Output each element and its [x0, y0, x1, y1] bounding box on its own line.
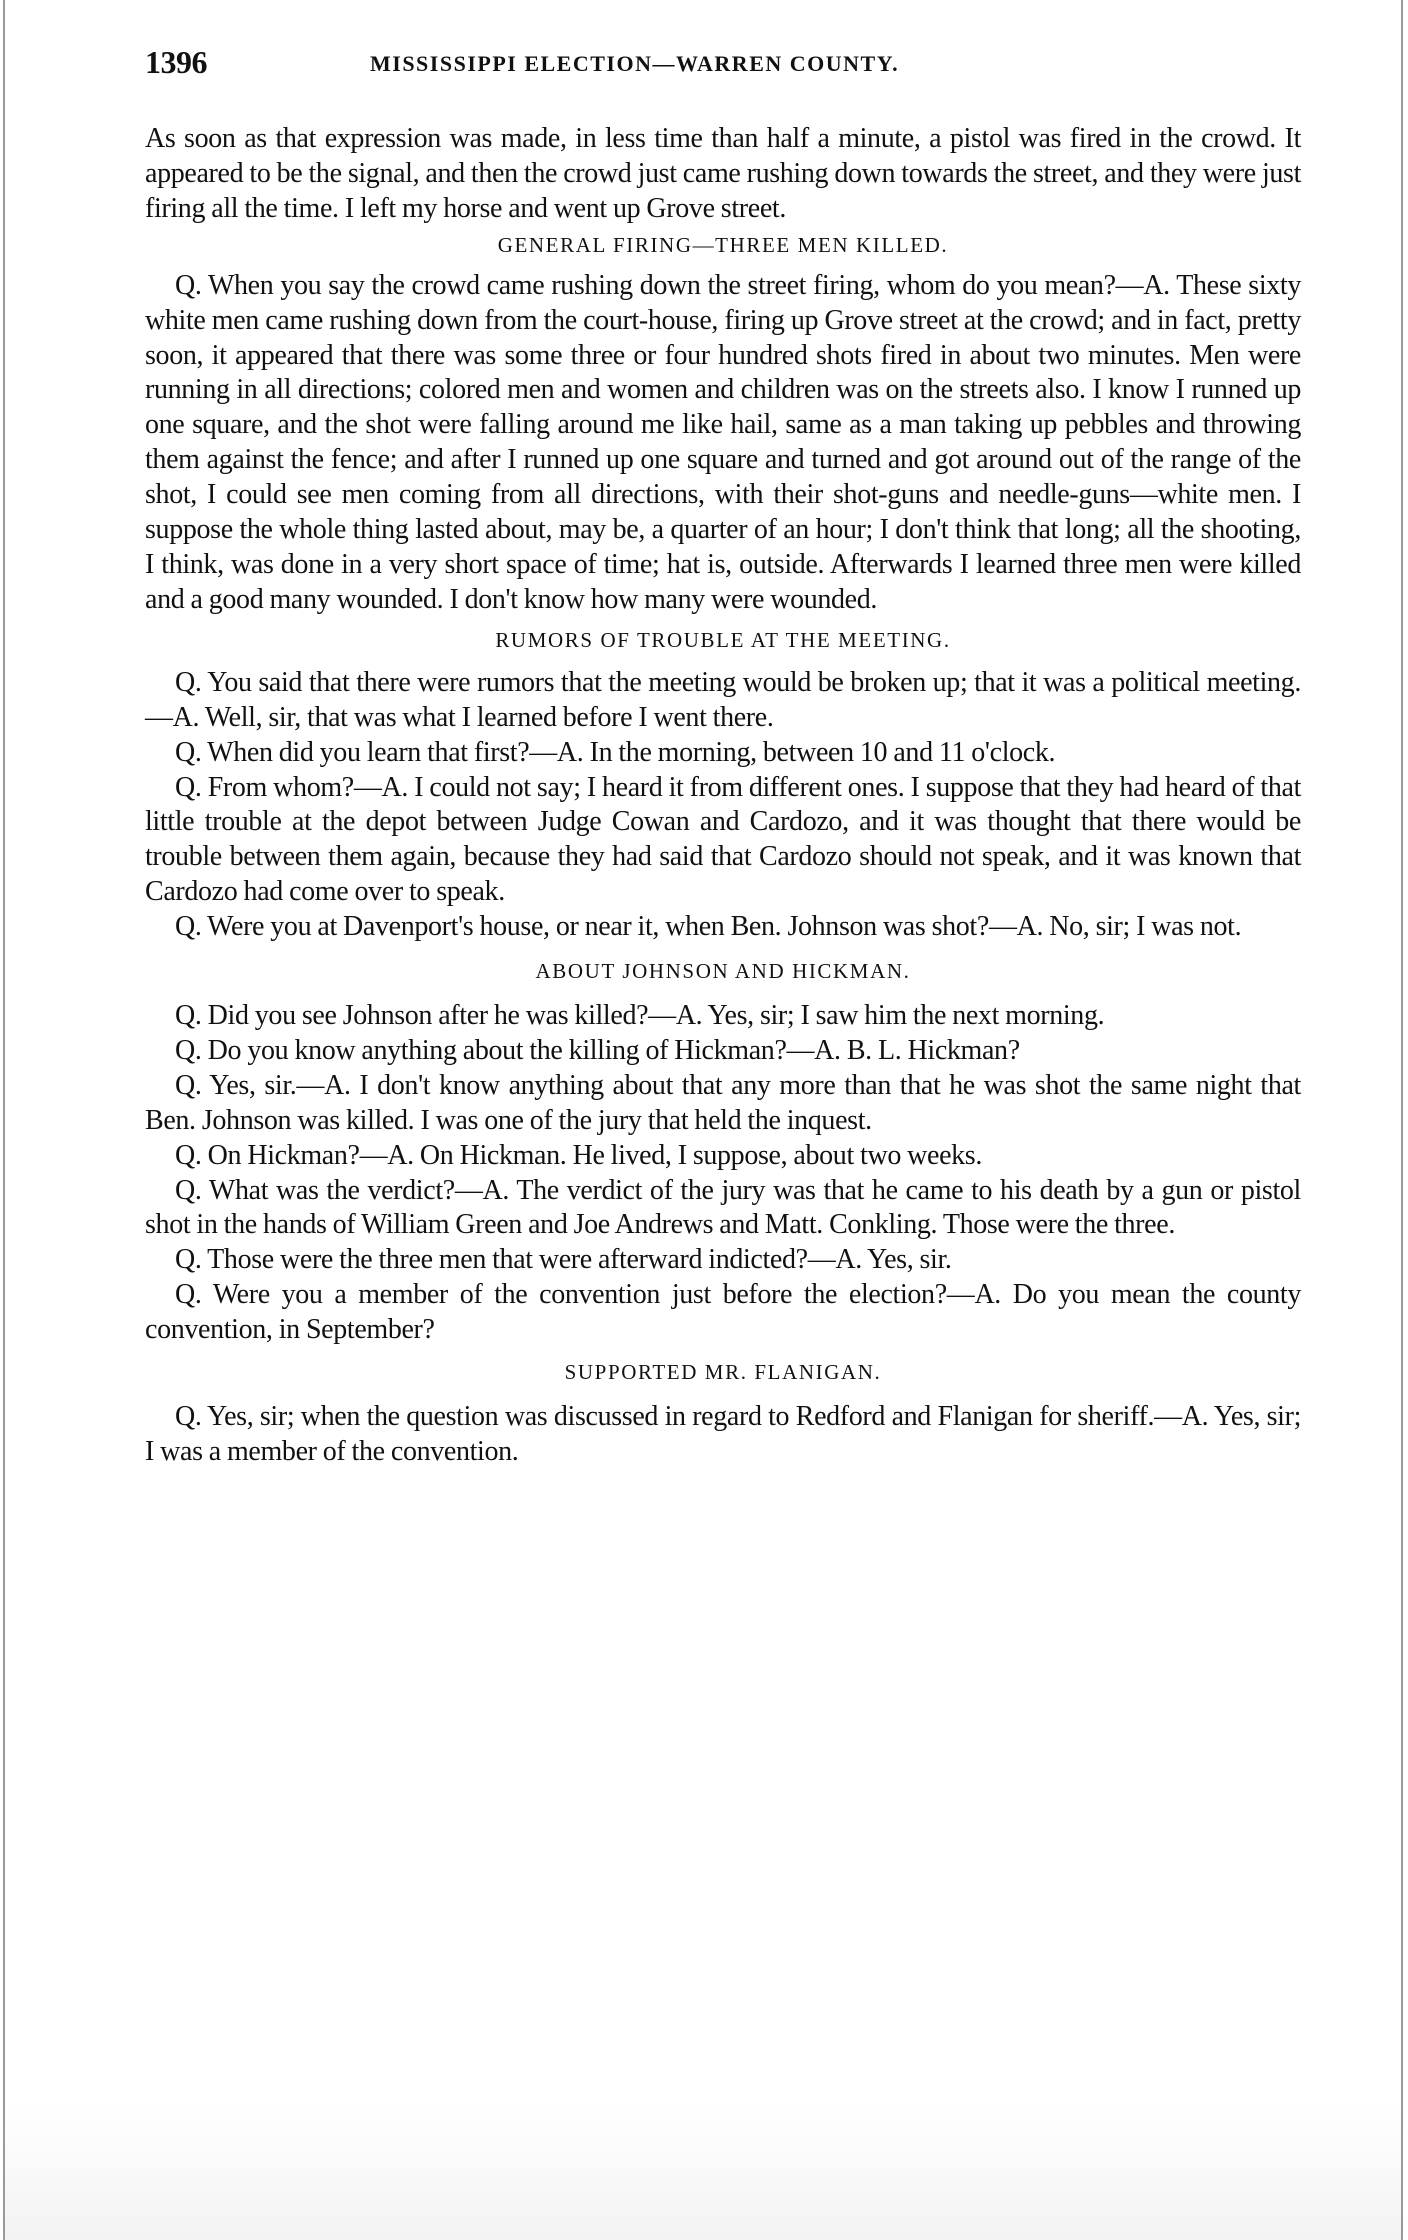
testimony-paragraph: Q. Did you see Johnson after he was kill…: [145, 999, 1301, 1034]
testimony-paragraph: Q. When did you learn that first?—A. In …: [145, 736, 1301, 771]
testimony-paragraph: Q. Were you at Davenport's house, or nea…: [145, 910, 1301, 945]
section-heading: ABOUT JOHNSON AND HICKMAN.: [145, 945, 1301, 999]
testimony-paragraph: Q. When you say the crowd came rushing d…: [145, 269, 1301, 618]
testimony-paragraph: Q. Those were the three men that were af…: [145, 1243, 1301, 1278]
opening-paragraph: As soon as that expression was made, in …: [145, 122, 1301, 227]
testimony-paragraph: Q. What was the verdict?—A. The verdict …: [145, 1174, 1301, 1244]
section-heading: SUPPORTED MR. FLANIGAN.: [145, 1348, 1301, 1400]
section-supported-flanigan: SUPPORTED MR. FLANIGAN. Q. Yes, sir; whe…: [145, 1348, 1301, 1470]
testimony-paragraph: Q. Were you a member of the convention j…: [145, 1278, 1301, 1348]
testimony-paragraph: Q. On Hickman?—A. On Hickman. He lived, …: [145, 1139, 1301, 1174]
section-general-firing: GENERAL FIRING—THREE MEN KILLED. Q. When…: [145, 227, 1301, 618]
section-heading: RUMORS OF TROUBLE AT THE MEETING.: [145, 618, 1301, 666]
page-number: 1396: [145, 40, 207, 84]
document-page: 1396 MISSISSIPPI ELECTION—WARREN COUNTY.…: [3, 0, 1403, 2240]
text-block: As soon as that expression was made, in …: [145, 122, 1301, 1470]
section-johnson-and-hickman: ABOUT JOHNSON AND HICKMAN. Q. Did you se…: [145, 945, 1301, 1348]
section-rumors-of-trouble: RUMORS OF TROUBLE AT THE MEETING. Q. You…: [145, 618, 1301, 945]
testimony-paragraph: Q. You said that there were rumors that …: [145, 666, 1301, 736]
testimony-paragraph: Q. From whom?—A. I could not say; I hear…: [145, 771, 1301, 911]
running-title: MISSISSIPPI ELECTION—WARREN COUNTY.: [370, 42, 899, 86]
testimony-paragraph: Q. Do you know anything about the killin…: [145, 1034, 1301, 1069]
testimony-paragraph: Q. Yes, sir; when the question was discu…: [145, 1400, 1301, 1470]
running-head: 1396 MISSISSIPPI ELECTION—WARREN COUNTY.: [145, 40, 1301, 84]
testimony-paragraph: Q. Yes, sir.—A. I don't know anything ab…: [145, 1069, 1301, 1139]
page-content: 1396 MISSISSIPPI ELECTION—WARREN COUNTY.…: [145, 40, 1301, 1470]
section-heading: GENERAL FIRING—THREE MEN KILLED.: [145, 227, 1301, 269]
